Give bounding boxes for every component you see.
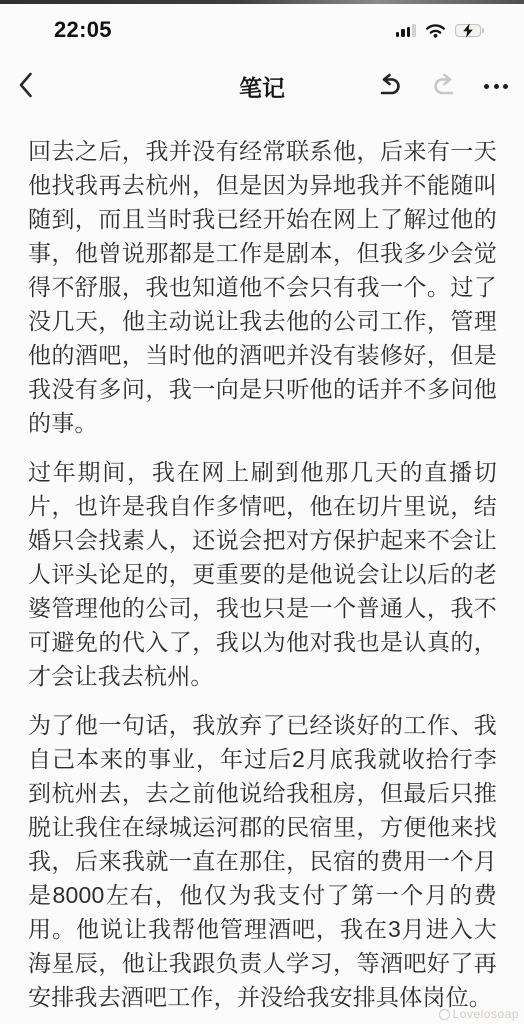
cellular-signal-icon <box>396 24 416 37</box>
redo-arrow-icon <box>430 85 458 100</box>
more-button[interactable] <box>480 80 512 93</box>
ellipsis-icon <box>484 84 508 89</box>
wifi-icon <box>425 23 446 38</box>
note-paragraph[interactable]: 过年期间，我在网上刷到他那几天的直播切片，也许是我自作多情吧，他在切片里说，结婚… <box>28 455 497 693</box>
status-time: 22:05 <box>54 17 112 43</box>
notes-app-screen: 22:05 <box>0 0 524 1024</box>
note-paragraph[interactable]: 回去之后，我并没有经常联系他，后来有一天他找我再去杭州，但是因为异地我并不能随叫… <box>28 134 497 440</box>
status-bar: 22:05 <box>0 4 524 56</box>
undo-arrow-icon <box>376 85 404 100</box>
redo-button[interactable] <box>426 69 462 104</box>
undo-button[interactable] <box>372 69 408 104</box>
nav-actions <box>372 62 512 110</box>
nav-bar: 笔记 <box>0 62 524 110</box>
note-paragraph[interactable]: 为了他一句话，我放弃了已经谈好的工作、我自己本来的事业，年过后2月底我就收拾行李… <box>28 708 497 1014</box>
battery-charging-icon <box>455 24 484 37</box>
note-editor[interactable]: 回去之后，我并没有经常联系他，后来有一天他找我再去杭州，但是因为异地我并不能随叫… <box>0 110 524 1024</box>
status-icons <box>396 23 484 38</box>
